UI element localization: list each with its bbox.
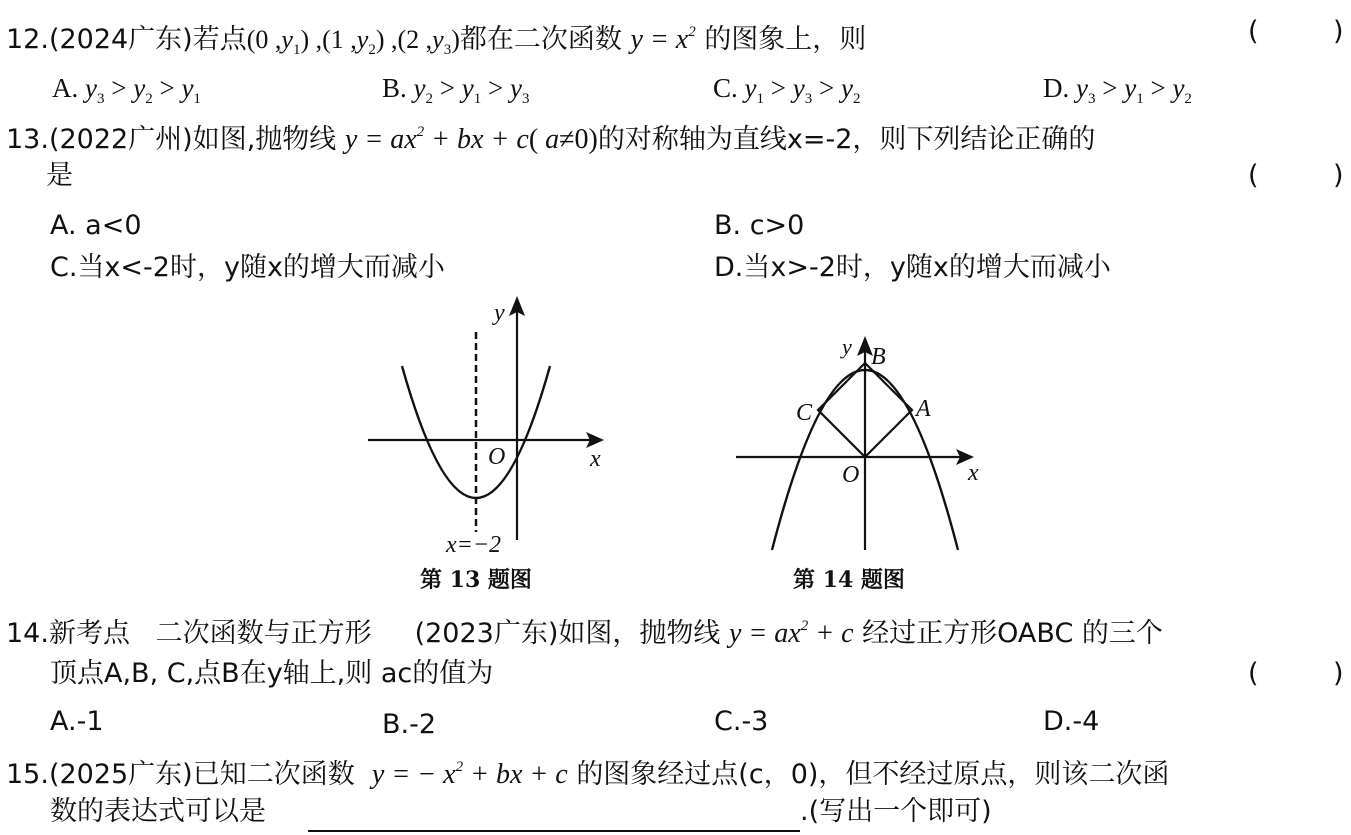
x-axis-label: x xyxy=(967,460,979,486)
q15-answer-blank[interactable] xyxy=(308,830,800,832)
origin-label: O xyxy=(488,444,505,470)
q14-option-d[interactable]: D.-4 xyxy=(1043,706,1099,738)
figure-13-graph: y x O x=−2 xyxy=(360,290,620,560)
q13-option-b[interactable]: B. c>0 xyxy=(714,210,804,242)
q14-option-c[interactable]: C.-3 xyxy=(714,706,768,738)
q12-function: y = x2 xyxy=(630,24,695,55)
q12-option-c[interactable]: C. y1 > y3 > y2 xyxy=(713,72,860,115)
q12-option-a[interactable]: A. y3 > y2 > y1 xyxy=(52,72,201,115)
q12-suffix: 的图象上，则 xyxy=(704,24,866,55)
q14-stem: 14.新考点 二次函数与正方形 (2023广东)如图，抛物线 y = ax2 +… xyxy=(6,610,1163,650)
q12-mid: 都在二次函数 xyxy=(460,24,622,55)
q12-answer-bracket-close: ) xyxy=(1333,16,1344,47)
q12-option-b[interactable]: B. y2 > y1 > y3 xyxy=(382,72,529,115)
q14-line2: 顶点A,B, C,点B在y轴上,则 ac的值为 xyxy=(50,658,493,690)
q12-stem: 12.(2024广东)若点(0 ,y1) ,(1 ,y2) ,(2 ,y3)都在… xyxy=(6,16,866,66)
q13-suffix: 的对称轴为直线x=-2，则下列结论正确的 xyxy=(598,124,1096,155)
q13-function: y = ax2 + bx + c( a≠0) xyxy=(345,124,598,155)
y-axis-label: y xyxy=(492,300,505,326)
symmetry-axis-label: x=−2 xyxy=(445,532,501,558)
q14-answer-bracket-close: ) xyxy=(1333,658,1344,689)
q13-option-c[interactable]: C.当x<-2时，y随x的增大而减小 xyxy=(50,252,445,284)
figure-13-caption: 第 13 题图 xyxy=(420,563,532,594)
q14-suffix: 经过正方形OABC 的三个 xyxy=(862,618,1163,649)
point-b-label: B xyxy=(871,344,886,370)
q14-option-a[interactable]: A.-1 xyxy=(50,706,104,738)
q13-prefix: 13.(2022广州)如图,抛物线 xyxy=(6,124,336,155)
q14-answer-bracket-open: ( xyxy=(1248,658,1259,689)
q14-prefix: 14.新考点 二次函数与正方形 (2023广东)如图，抛物线 xyxy=(6,618,720,649)
q13-answer-bracket-close: ) xyxy=(1333,160,1344,191)
q12-points: (0 ,y1) ,(1 ,y2) ,(2 ,y3) xyxy=(247,25,460,54)
q12-prefix: 12.(2024广东)若点 xyxy=(6,24,247,55)
q13-line2: 是 xyxy=(46,160,73,192)
q15-tail: .(写出一个即可) xyxy=(800,796,992,828)
point-c-label: C xyxy=(796,400,813,426)
q15-prefix: 15.(2025广东)已知二次函数 xyxy=(6,759,355,790)
q14-function: y = ax2 + c xyxy=(729,618,854,649)
q15-suffix: 的图象经过点(c，0)，但不经过原点，则该二次函 xyxy=(576,759,1169,790)
q15-function: y = − x2 + bx + c xyxy=(372,759,568,790)
q12-option-d[interactable]: D. y3 > y1 > y2 xyxy=(1043,72,1192,115)
q13-answer-bracket-open: ( xyxy=(1248,160,1259,191)
q13-option-d[interactable]: D.当x>-2时，y随x的增大而减小 xyxy=(714,252,1111,284)
q14-option-b[interactable]: B.-2 xyxy=(382,709,436,741)
q13-option-a[interactable]: A. a<0 xyxy=(50,210,142,242)
point-a-label: A xyxy=(914,396,931,422)
q15-line2: 数的表达式可以是 xyxy=(50,796,266,828)
y-axis-label: y xyxy=(840,334,852,359)
q12-answer-bracket-open: ( xyxy=(1248,16,1259,47)
q13-stem: 13.(2022广州)如图,抛物线 y = ax2 + bx + c( a≠0)… xyxy=(6,116,1095,156)
origin-label: O xyxy=(842,462,859,488)
q15-stem: 15.(2025广东)已知二次函数 y = − x2 + bx + c 的图象经… xyxy=(6,751,1169,791)
figure-14-caption: 第 14 题图 xyxy=(793,563,905,594)
figure-14-graph: y B A C O x xyxy=(730,330,1000,560)
x-axis-label: x xyxy=(589,446,601,472)
